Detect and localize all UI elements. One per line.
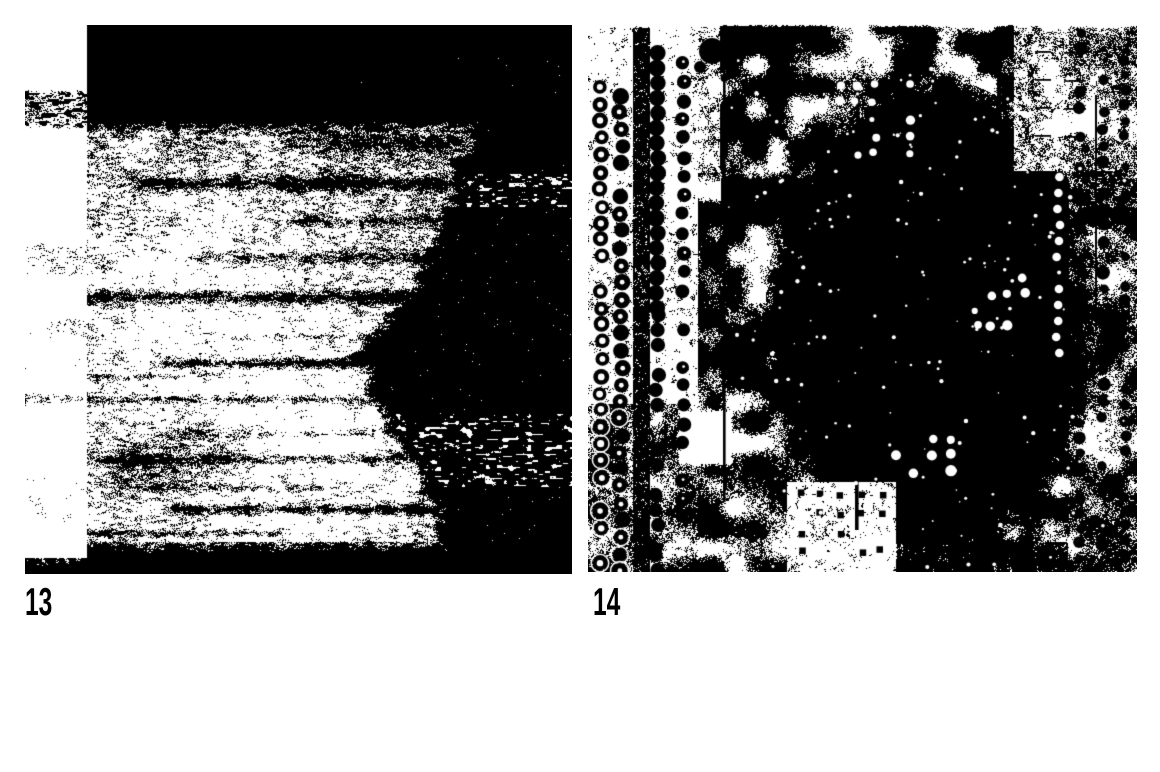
- figure-13-image: [25, 25, 572, 574]
- page: 13 14: [0, 0, 1160, 772]
- figure-14-caption: 14: [593, 583, 620, 622]
- figure-13-caption: 13: [25, 583, 52, 622]
- figure-14-image: [588, 23, 1137, 572]
